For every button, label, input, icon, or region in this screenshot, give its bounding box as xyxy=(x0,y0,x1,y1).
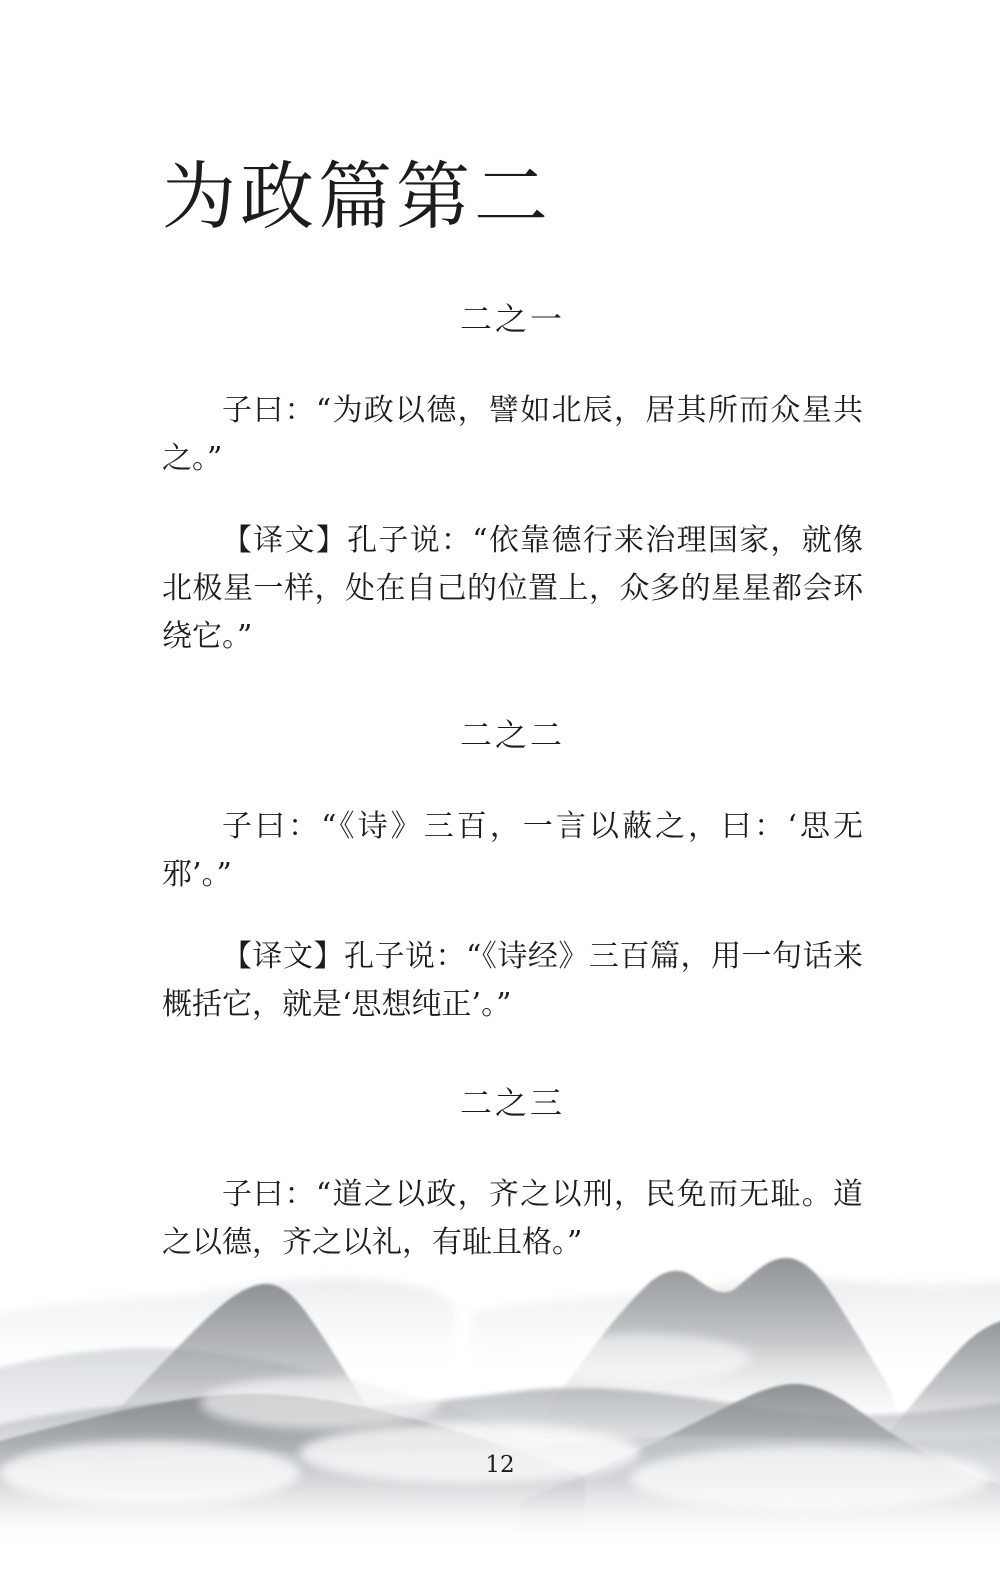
book-page: 为政篇第二 二之一 子曰：“为政以德，譬如北辰，居其所而众星共之。” 【译文】孔… xyxy=(0,0,1000,1583)
section-2-1: 二之一 子曰：“为政以德，譬如北辰，居其所而众星共之。” 【译文】孔子说：“依靠… xyxy=(162,297,863,661)
ink-mountains-art xyxy=(0,1238,1000,1583)
page-number: 12 xyxy=(0,1451,1000,1479)
section-2-3: 二之三 子曰：“道之以政，齐之以刑，民免而无耻。道之以德，齐之以礼，有耻且格。” xyxy=(162,1081,863,1267)
section-heading: 二之二 xyxy=(162,713,863,757)
original-text-paragraph: 子曰：“道之以政，齐之以刑，民免而无耻。道之以德，齐之以礼，有耻且格。” xyxy=(162,1171,863,1267)
translation-paragraph: 【译文】孔子说：“依靠德行来治理国家，就像北极星一样，处在自己的位置上，众多的星… xyxy=(162,517,863,661)
original-text-paragraph: 子曰：“为政以德，譬如北辰，居其所而众星共之。” xyxy=(162,387,863,483)
section-heading: 二之一 xyxy=(162,297,863,341)
translation-paragraph: 【译文】孔子说：“《诗经》三百篇，用一句话来概括它，就是‘思想纯正’。” xyxy=(162,933,863,1029)
page-content: 为政篇第二 二之一 子曰：“为政以德，譬如北辰，居其所而众星共之。” 【译文】孔… xyxy=(0,0,1000,1267)
section-heading: 二之三 xyxy=(162,1081,863,1125)
original-text-paragraph: 子曰：“《诗》三百，一言以蔽之，曰：‘思无邪’。” xyxy=(162,803,863,899)
chapter-title: 为政篇第二 xyxy=(162,150,863,245)
section-2-2: 二之二 子曰：“《诗》三百，一言以蔽之，曰：‘思无邪’。” 【译文】孔子说：“《… xyxy=(162,713,863,1029)
